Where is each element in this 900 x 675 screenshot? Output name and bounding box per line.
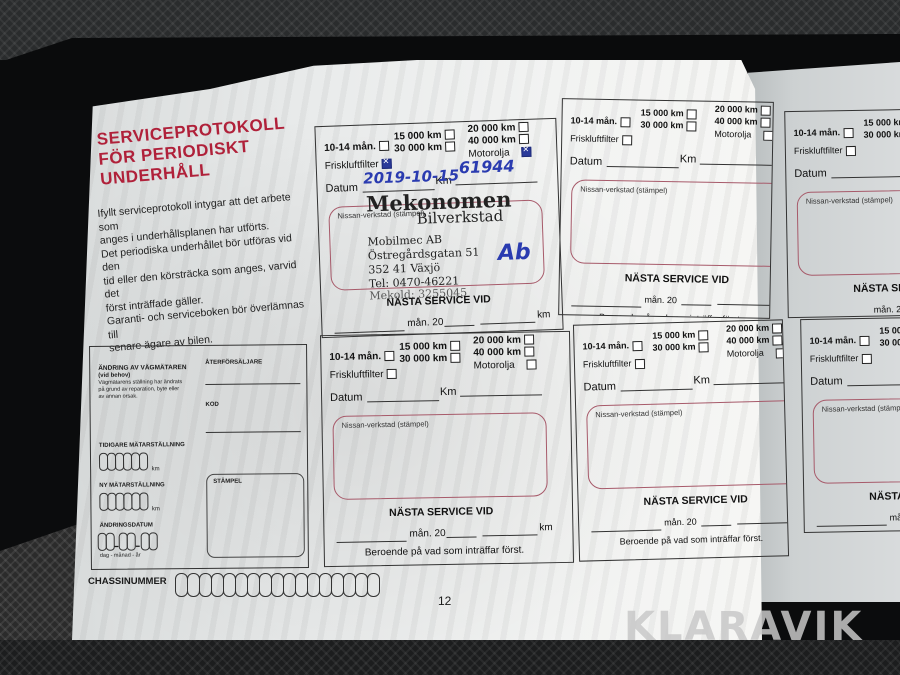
service-entry-2: 10-14 mån. 15 000 km 30 000 km 20 000 km… <box>320 331 574 567</box>
km-20000-option: 20 000 km <box>726 322 782 334</box>
km-field[interactable] <box>460 394 542 396</box>
next-year-label: mån. 20 <box>407 317 444 329</box>
cabin-filter-checkbox[interactable] <box>387 369 397 379</box>
next-year-label: mån. 20 <box>644 295 677 306</box>
oil-checkbox[interactable] <box>763 130 773 140</box>
next-year-field[interactable] <box>444 325 474 327</box>
km-field[interactable] <box>714 382 790 385</box>
km-30000-option: 30 000 km <box>879 337 900 349</box>
km-40000-checkbox[interactable] <box>760 117 770 127</box>
date-field[interactable] <box>607 166 679 168</box>
next-km-unit: km <box>537 309 551 320</box>
dealer-stamp-area: STÄMPEL <box>206 473 305 558</box>
date-field[interactable] <box>831 176 900 178</box>
page-number: 12 <box>438 594 451 608</box>
next-km-field[interactable] <box>480 322 535 325</box>
months-checkbox[interactable] <box>859 336 869 346</box>
next-month-field[interactable] <box>591 530 661 533</box>
km-30000-checkbox[interactable] <box>686 121 696 131</box>
service-entry-4: 10-14 mån. 15 000 km 30 000 km 20 000 km… <box>573 319 789 561</box>
next-month-field[interactable] <box>817 525 887 527</box>
watermark-logo: KLARAVIK <box>624 604 863 650</box>
new-reading-field[interactable]: km <box>99 492 160 516</box>
description-line: av annan orsak. <box>98 393 182 401</box>
code-label: KOD <box>206 402 219 408</box>
km-unit: km <box>152 466 160 472</box>
km-20000-checkbox[interactable] <box>524 335 534 345</box>
code-field[interactable] <box>206 431 301 433</box>
oil-option: Motorolja <box>714 129 773 141</box>
workshop-stamp-area: Nissan-verkstad (stämpel) <box>332 412 547 500</box>
cabin-filter-option: Friskluftfilter <box>330 369 397 381</box>
km-15000-option: 15 000 km <box>879 325 900 337</box>
date-label: Datum <box>325 182 358 195</box>
workshop-stamp-area: Nissan-verkstad (stämpel) <box>797 188 900 276</box>
km-label: Km <box>680 153 697 165</box>
stamp-label: Nissan-verkstad (stämpel) <box>806 195 893 206</box>
cabin-filter-option: Friskluftfilter <box>570 133 632 145</box>
description-line: på grund av reparation, byte eller <box>98 386 182 394</box>
km-20000-checkbox[interactable] <box>761 105 771 115</box>
km-20000-checkbox[interactable] <box>772 323 782 333</box>
new-reading-label: NY MÄTARSTÄLLNING <box>99 482 165 489</box>
service-entry-6: 10-14 mån. 15 000 km 30 000 km 20 000 km… <box>800 317 900 533</box>
months-checkbox[interactable] <box>843 128 853 138</box>
stamp-label: Nissan-verkstad (stämpel) <box>341 419 428 430</box>
date-label: Datum <box>583 381 616 394</box>
handwritten-date: 2019-10-15 <box>363 166 460 187</box>
next-year-field[interactable] <box>701 525 731 527</box>
service-entry-1: 10-14 mån. 15 000 km 30 000 km 20 000 km… <box>314 118 563 338</box>
date-field[interactable] <box>621 389 693 392</box>
next-service-heading: NÄSTA SERVICE VID <box>869 489 900 503</box>
km-30000-option: 30 000 km <box>864 129 900 141</box>
next-km-unit: km <box>539 522 553 533</box>
next-km-field[interactable] <box>483 534 538 536</box>
km-15000-checkbox[interactable] <box>450 341 460 351</box>
next-year-label: mån. 20 <box>890 512 900 523</box>
km-30000-option: 30 000 km <box>640 120 696 132</box>
km-15000-checkbox[interactable] <box>444 130 454 140</box>
whichever-first-note: Beroende på vad som inträffar först. <box>365 545 525 559</box>
km-20000-option: 20 000 km <box>715 104 771 116</box>
service-entry-5: 10-14 mån. 15 000 km 30 000 km 20 000 km… <box>784 109 900 318</box>
months-option: 10-14 mån. <box>793 127 853 139</box>
km-30000-checkbox[interactable] <box>445 142 455 152</box>
oil-option: Motorolja <box>473 359 536 371</box>
stamp-city: 352 41 Växjö <box>368 261 440 276</box>
cabin-filter-checkbox[interactable] <box>861 353 871 363</box>
next-km-field[interactable] <box>737 522 789 524</box>
handwritten-km: 61944 <box>459 156 515 177</box>
km-15000-checkbox[interactable] <box>687 109 697 119</box>
km-20000-checkbox[interactable] <box>518 122 528 132</box>
dealer-field[interactable] <box>205 383 300 385</box>
date-label: Datum <box>570 155 603 168</box>
months-checkbox[interactable] <box>632 341 642 351</box>
km-15000-option: 15 000 km <box>394 129 455 142</box>
next-service-heading: NÄSTA SERVICE VID <box>389 505 493 519</box>
date-field[interactable] <box>847 384 900 386</box>
cabin-filter-checkbox[interactable] <box>622 135 632 145</box>
km-30000-option: 30 000 km <box>399 353 460 365</box>
odometer-change-box: ÄNDRING AV VÄGMÄTAREN (vid behov) Vägmät… <box>89 344 309 570</box>
cabin-filter-checkbox[interactable] <box>845 146 855 156</box>
km-40000-checkbox[interactable] <box>519 134 529 144</box>
next-km-field[interactable] <box>717 304 772 306</box>
next-month-field[interactable] <box>571 305 641 307</box>
km-30000-checkbox[interactable] <box>450 353 460 363</box>
stamp-label: Nissan-verkstad (stämpel) <box>580 185 667 196</box>
workshop-stamp-area: Nissan-verkstad (stämpel) <box>813 396 900 484</box>
odometer-description: Vägmätarens ställning har ändrats på gru… <box>98 379 182 401</box>
date-format-hint: dag - månad - år <box>100 553 141 559</box>
date-label: Datum <box>810 375 843 388</box>
whichever-first-note: Beroende på vad som inträffar först. <box>619 533 763 547</box>
previous-reading-label: TIDIGARE MÄTARSTÄLLNING <box>99 442 185 449</box>
cabin-filter-option: Friskluftfilter <box>583 358 645 370</box>
km-30000-option: 30 000 km <box>652 341 708 353</box>
cabin-filter-option: Friskluftfilter <box>794 145 856 157</box>
km-40000-checkbox[interactable] <box>524 347 534 357</box>
next-month-field[interactable] <box>337 541 407 543</box>
km-15000-option: 15 000 km <box>399 341 460 353</box>
stamp-company: Mobilmec AB <box>367 233 442 249</box>
next-service-heading: NÄSTA SERVICE VID <box>853 281 900 295</box>
previous-reading-field[interactable]: km <box>99 452 160 476</box>
km-20000-option: 20 000 km <box>467 122 528 135</box>
months-option: 10-14 mån. <box>809 335 869 347</box>
km-15000-option: 15 000 km <box>652 329 708 341</box>
date-field[interactable] <box>367 400 439 402</box>
months-checkbox[interactable] <box>384 351 394 361</box>
km-30000-checkbox[interactable] <box>698 342 708 352</box>
km-label: Km <box>440 386 457 398</box>
odometer-heading: ÄNDRING AV VÄGMÄTAREN <box>98 364 186 372</box>
signature: Ab <box>497 240 531 266</box>
intro-text: Ifyllt serviceprotokoll intygar att det … <box>97 190 319 356</box>
next-service-heading: NÄSTA SERVICE VID <box>625 272 729 286</box>
cabin-filter-checkbox[interactable] <box>634 359 644 369</box>
date-label: Datum <box>794 167 827 180</box>
km-40000-checkbox[interactable] <box>772 335 782 345</box>
stamp-label: STÄMPEL <box>213 479 242 485</box>
workshop-stamp-area: Nissan-verkstad (stämpel) <box>570 179 774 267</box>
next-year-label: mån. 20 <box>664 517 697 528</box>
service-entry-3: 10-14 mån. 15 000 km 30 000 km 20 000 km… <box>558 98 774 319</box>
oil-option: Motorolja <box>727 347 786 359</box>
months-option: 10-14 mån. <box>324 141 389 154</box>
km-30000-option: 30 000 km <box>394 141 455 154</box>
km-40000-option: 40 000 km <box>468 134 529 147</box>
km-15000-checkbox[interactable] <box>698 330 708 340</box>
dealer-label: ÅTERFÖRSÄLJARE <box>205 359 262 365</box>
km-40000-option: 40 000 km <box>473 346 534 358</box>
chassis-number-field[interactable] <box>175 573 379 602</box>
km-20000-option: 20 000 km <box>473 334 534 346</box>
next-year-label: mån. 20 <box>874 304 900 315</box>
odometer-subheading: (vid behov) <box>98 373 130 379</box>
next-service-heading: NÄSTA SERVICE VID <box>643 493 748 508</box>
km-label: Km <box>693 374 710 386</box>
next-year-label: mån. 20 <box>409 528 445 540</box>
date-label: Datum <box>330 391 363 404</box>
stamp-label: Nissan-verkstad (stämpel) <box>595 408 682 419</box>
months-option: 10-14 mån. <box>329 351 394 363</box>
oil-checkbox[interactable] <box>527 360 537 370</box>
months-option: 10-14 mån. <box>582 340 642 352</box>
stamp-sub: Bilverkstad <box>416 207 503 228</box>
km-40000-option: 40 000 km <box>714 116 770 128</box>
km-unit: km <box>152 506 160 512</box>
km-field[interactable] <box>455 182 537 186</box>
next-year-field[interactable] <box>447 536 477 538</box>
next-year-field[interactable] <box>681 304 711 306</box>
months-checkbox[interactable] <box>379 141 389 151</box>
workshop-stamp-area: Nissan-verkstad (stämpel) <box>586 400 789 490</box>
change-date-label: ÄNDRINGSDATUM <box>100 522 153 528</box>
months-option: 10-14 mån. <box>570 115 630 127</box>
cabin-filter-option: Friskluftfilter <box>810 353 872 365</box>
oil-checkbox[interactable] <box>521 147 531 157</box>
months-checkbox[interactable] <box>620 117 630 127</box>
km-field[interactable] <box>700 164 774 166</box>
km-15000-option: 15 000 km <box>641 108 697 120</box>
stamp-label: Nissan-verkstad (stämpel) <box>822 403 900 414</box>
km-15000-option: 15 000 km <box>863 117 900 129</box>
chassis-digit-box[interactable] <box>367 573 380 597</box>
chassis-label: CHASSINUMMER <box>88 576 167 587</box>
km-40000-option: 40 000 km <box>726 334 782 346</box>
